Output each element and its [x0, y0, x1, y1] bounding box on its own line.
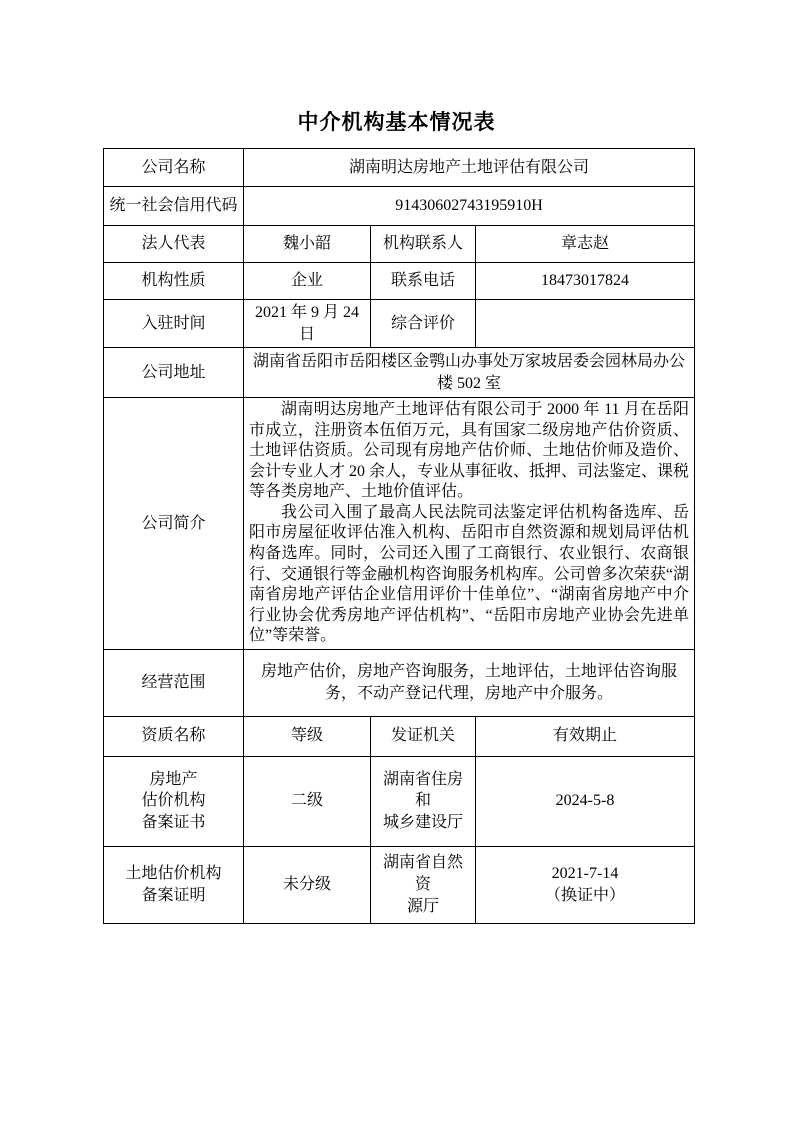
legal-rep-label: 法人代表	[104, 226, 244, 263]
qualification-issuer: 湖南省自然资 源厅	[371, 846, 476, 923]
qualification-valid-until: 2021-7-14 （换证中）	[476, 846, 695, 923]
table-row: 公司简介 湖南明达房地产土地评估有限公司于 2000 年 11 月在岳阳市成立，…	[104, 398, 695, 650]
qualification-valid-header: 有效期止	[476, 716, 695, 756]
legal-rep-value: 魏小韶	[244, 226, 371, 263]
table-row: 机构性质 企业 联系电话 18473017824	[104, 263, 695, 300]
phone-label: 联系电话	[371, 263, 476, 300]
table-row: 公司地址 湖南省岳阳市岳阳楼区金鹗山办事处万家坡居委会园林局办公楼 502 室	[104, 348, 695, 398]
table-row: 经营范围 房地产估价，房地产咨询服务，土地评估，土地评估咨询服务，不动产登记代理…	[104, 649, 695, 716]
agency-info-table: 公司名称 湖南明达房地产土地评估有限公司 统一社会信用代码 9143060274…	[103, 148, 695, 924]
business-scope-label: 经营范围	[104, 649, 244, 716]
qualification-issuer: 湖南省住房和 城乡建设厅	[371, 756, 476, 846]
document-page: 中介机构基本情况表 公司名称 湖南明达房地产土地评估有限公司 统一社会信用代码 …	[0, 0, 793, 1122]
contact-person-value: 章志赵	[476, 226, 695, 263]
org-nature-label: 机构性质	[104, 263, 244, 300]
qualification-name: 房地产 估价机构 备案证书	[104, 756, 244, 846]
qualification-name: 土地估价机构 备案证明	[104, 846, 244, 923]
company-name-value: 湖南明达房地产土地评估有限公司	[244, 149, 695, 187]
qualification-grade: 未分级	[244, 846, 371, 923]
qualification-header-row: 资质名称 等级 发证机关 有效期止	[104, 716, 695, 756]
profile-paragraph-1: 湖南明达房地产土地评估有限公司于 2000 年 11 月在岳阳市成立，注册资本伍…	[249, 400, 689, 503]
qualification-grade: 二级	[244, 756, 371, 846]
address-value: 湖南省岳阳市岳阳楼区金鹗山办事处万家坡居委会园林局办公楼 502 室	[244, 348, 695, 398]
entry-date-value: 2021 年 9 月 24 日	[244, 300, 371, 348]
org-nature-value: 企业	[244, 263, 371, 300]
qualification-valid-until: 2024-5-8	[476, 756, 695, 846]
qualification-row: 土地估价机构 备案证明 未分级 湖南省自然资 源厅 2021-7-14 （换证中…	[104, 846, 695, 923]
address-label: 公司地址	[104, 348, 244, 398]
credit-code-value: 91430602743195910H	[244, 187, 695, 226]
profile-label: 公司简介	[104, 398, 244, 650]
table-row: 入驻时间 2021 年 9 月 24 日 综合评价	[104, 300, 695, 348]
overall-rating-value	[476, 300, 695, 348]
contact-person-label: 机构联系人	[371, 226, 476, 263]
table-row: 统一社会信用代码 91430602743195910H	[104, 187, 695, 226]
credit-code-label: 统一社会信用代码	[104, 187, 244, 226]
table-row: 公司名称 湖南明达房地产土地评估有限公司	[104, 149, 695, 187]
qualification-grade-header: 等级	[244, 716, 371, 756]
overall-rating-label: 综合评价	[371, 300, 476, 348]
business-scope-value: 房地产估价，房地产咨询服务，土地评估，土地评估咨询服务，不动产登记代理，房地产中…	[244, 649, 695, 716]
profile-paragraph-2: 我公司入围了最高人民法院司法鉴定评估机构备选库、岳阳市房屋征收评估准入机构、岳阳…	[249, 503, 689, 647]
entry-date-label: 入驻时间	[104, 300, 244, 348]
qualification-issuer-header: 发证机关	[371, 716, 476, 756]
table-row: 法人代表 魏小韶 机构联系人 章志赵	[104, 226, 695, 263]
qualification-name-header: 资质名称	[104, 716, 244, 756]
page-title: 中介机构基本情况表	[0, 106, 793, 136]
phone-value: 18473017824	[476, 263, 695, 300]
qualification-row: 房地产 估价机构 备案证书 二级 湖南省住房和 城乡建设厅 2024-5-8	[104, 756, 695, 846]
profile-value: 湖南明达房地产土地评估有限公司于 2000 年 11 月在岳阳市成立，注册资本伍…	[244, 398, 695, 650]
company-name-label: 公司名称	[104, 149, 244, 187]
